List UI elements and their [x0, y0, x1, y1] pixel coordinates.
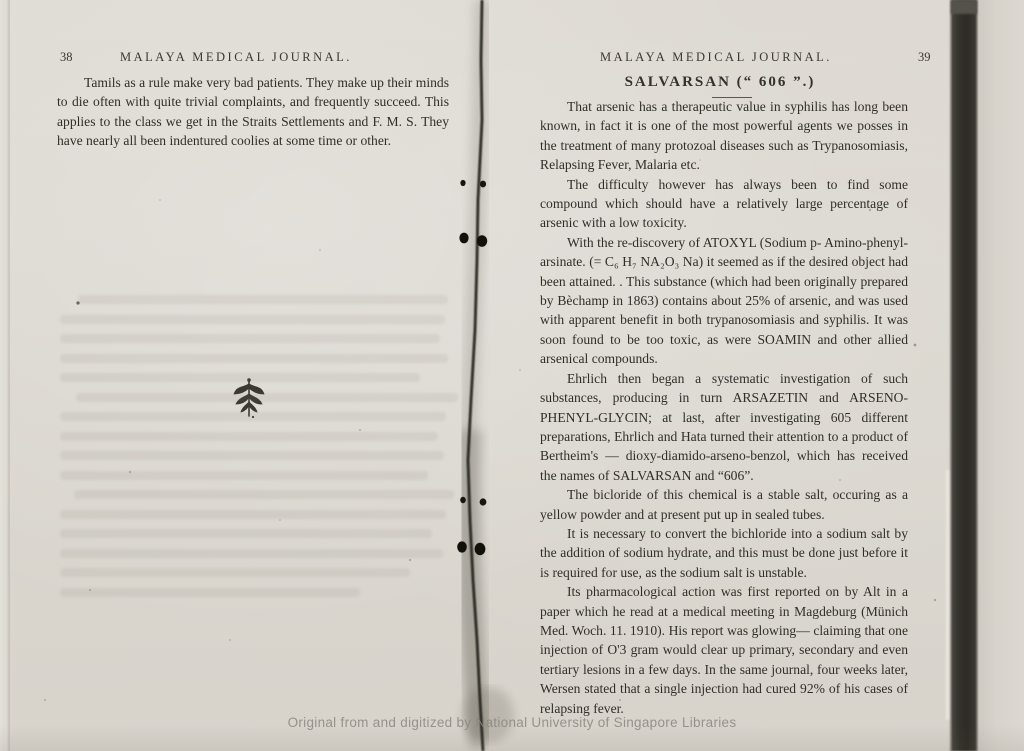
digitization-watermark: Original from and digitized by National …: [0, 715, 1024, 730]
left-page: 38 MALAYA MEDICAL JOURNAL. Tamils as a r…: [10, 0, 478, 751]
left-page-number: 38: [60, 50, 73, 65]
article-paragraph: With the re-discovery of ATOXYL (Sodium …: [540, 233, 908, 369]
article-paragraph: Ehrlich then began a systematic investig…: [540, 369, 908, 485]
article-paragraph: The difficulty however has always been t…: [540, 175, 908, 233]
book-edge-highlight: [946, 470, 949, 720]
left-running-head: MALAYA MEDICAL JOURNAL.: [120, 50, 352, 65]
right-margin-strip: [979, 0, 1024, 751]
left-page-body: Tamils as a rule make very bad patients.…: [57, 73, 449, 151]
article-paragraph: The bicloride of this chemical is a stab…: [540, 485, 908, 524]
left-page-edge: [0, 0, 10, 751]
right-page-number: 39: [918, 50, 931, 65]
book-edge-shadow: [949, 0, 979, 751]
bleed-through-text: [60, 295, 452, 607]
article-paragraph: It is necessary to convert the bichlorid…: [540, 524, 908, 582]
article-paragraph: That arsenic has a therapeutic value in …: [540, 97, 908, 175]
right-page: MALAYA MEDICAL JOURNAL. 39 SALVARSAN (“ …: [490, 0, 950, 751]
article-paragraph: Its pharmacological action was first rep…: [540, 582, 908, 718]
book-scan-background: 38 MALAYA MEDICAL JOURNAL. Tamils as a r…: [0, 0, 1024, 751]
article-title: SALVARSAN (“ 606 ”.): [490, 74, 950, 91]
right-page-body: That arsenic has a therapeutic value in …: [540, 97, 908, 718]
left-paragraph: Tamils as a rule make very bad patients.…: [57, 73, 449, 151]
right-running-head: MALAYA MEDICAL JOURNAL.: [600, 50, 832, 65]
book-edge-top-cap: [951, 0, 977, 14]
